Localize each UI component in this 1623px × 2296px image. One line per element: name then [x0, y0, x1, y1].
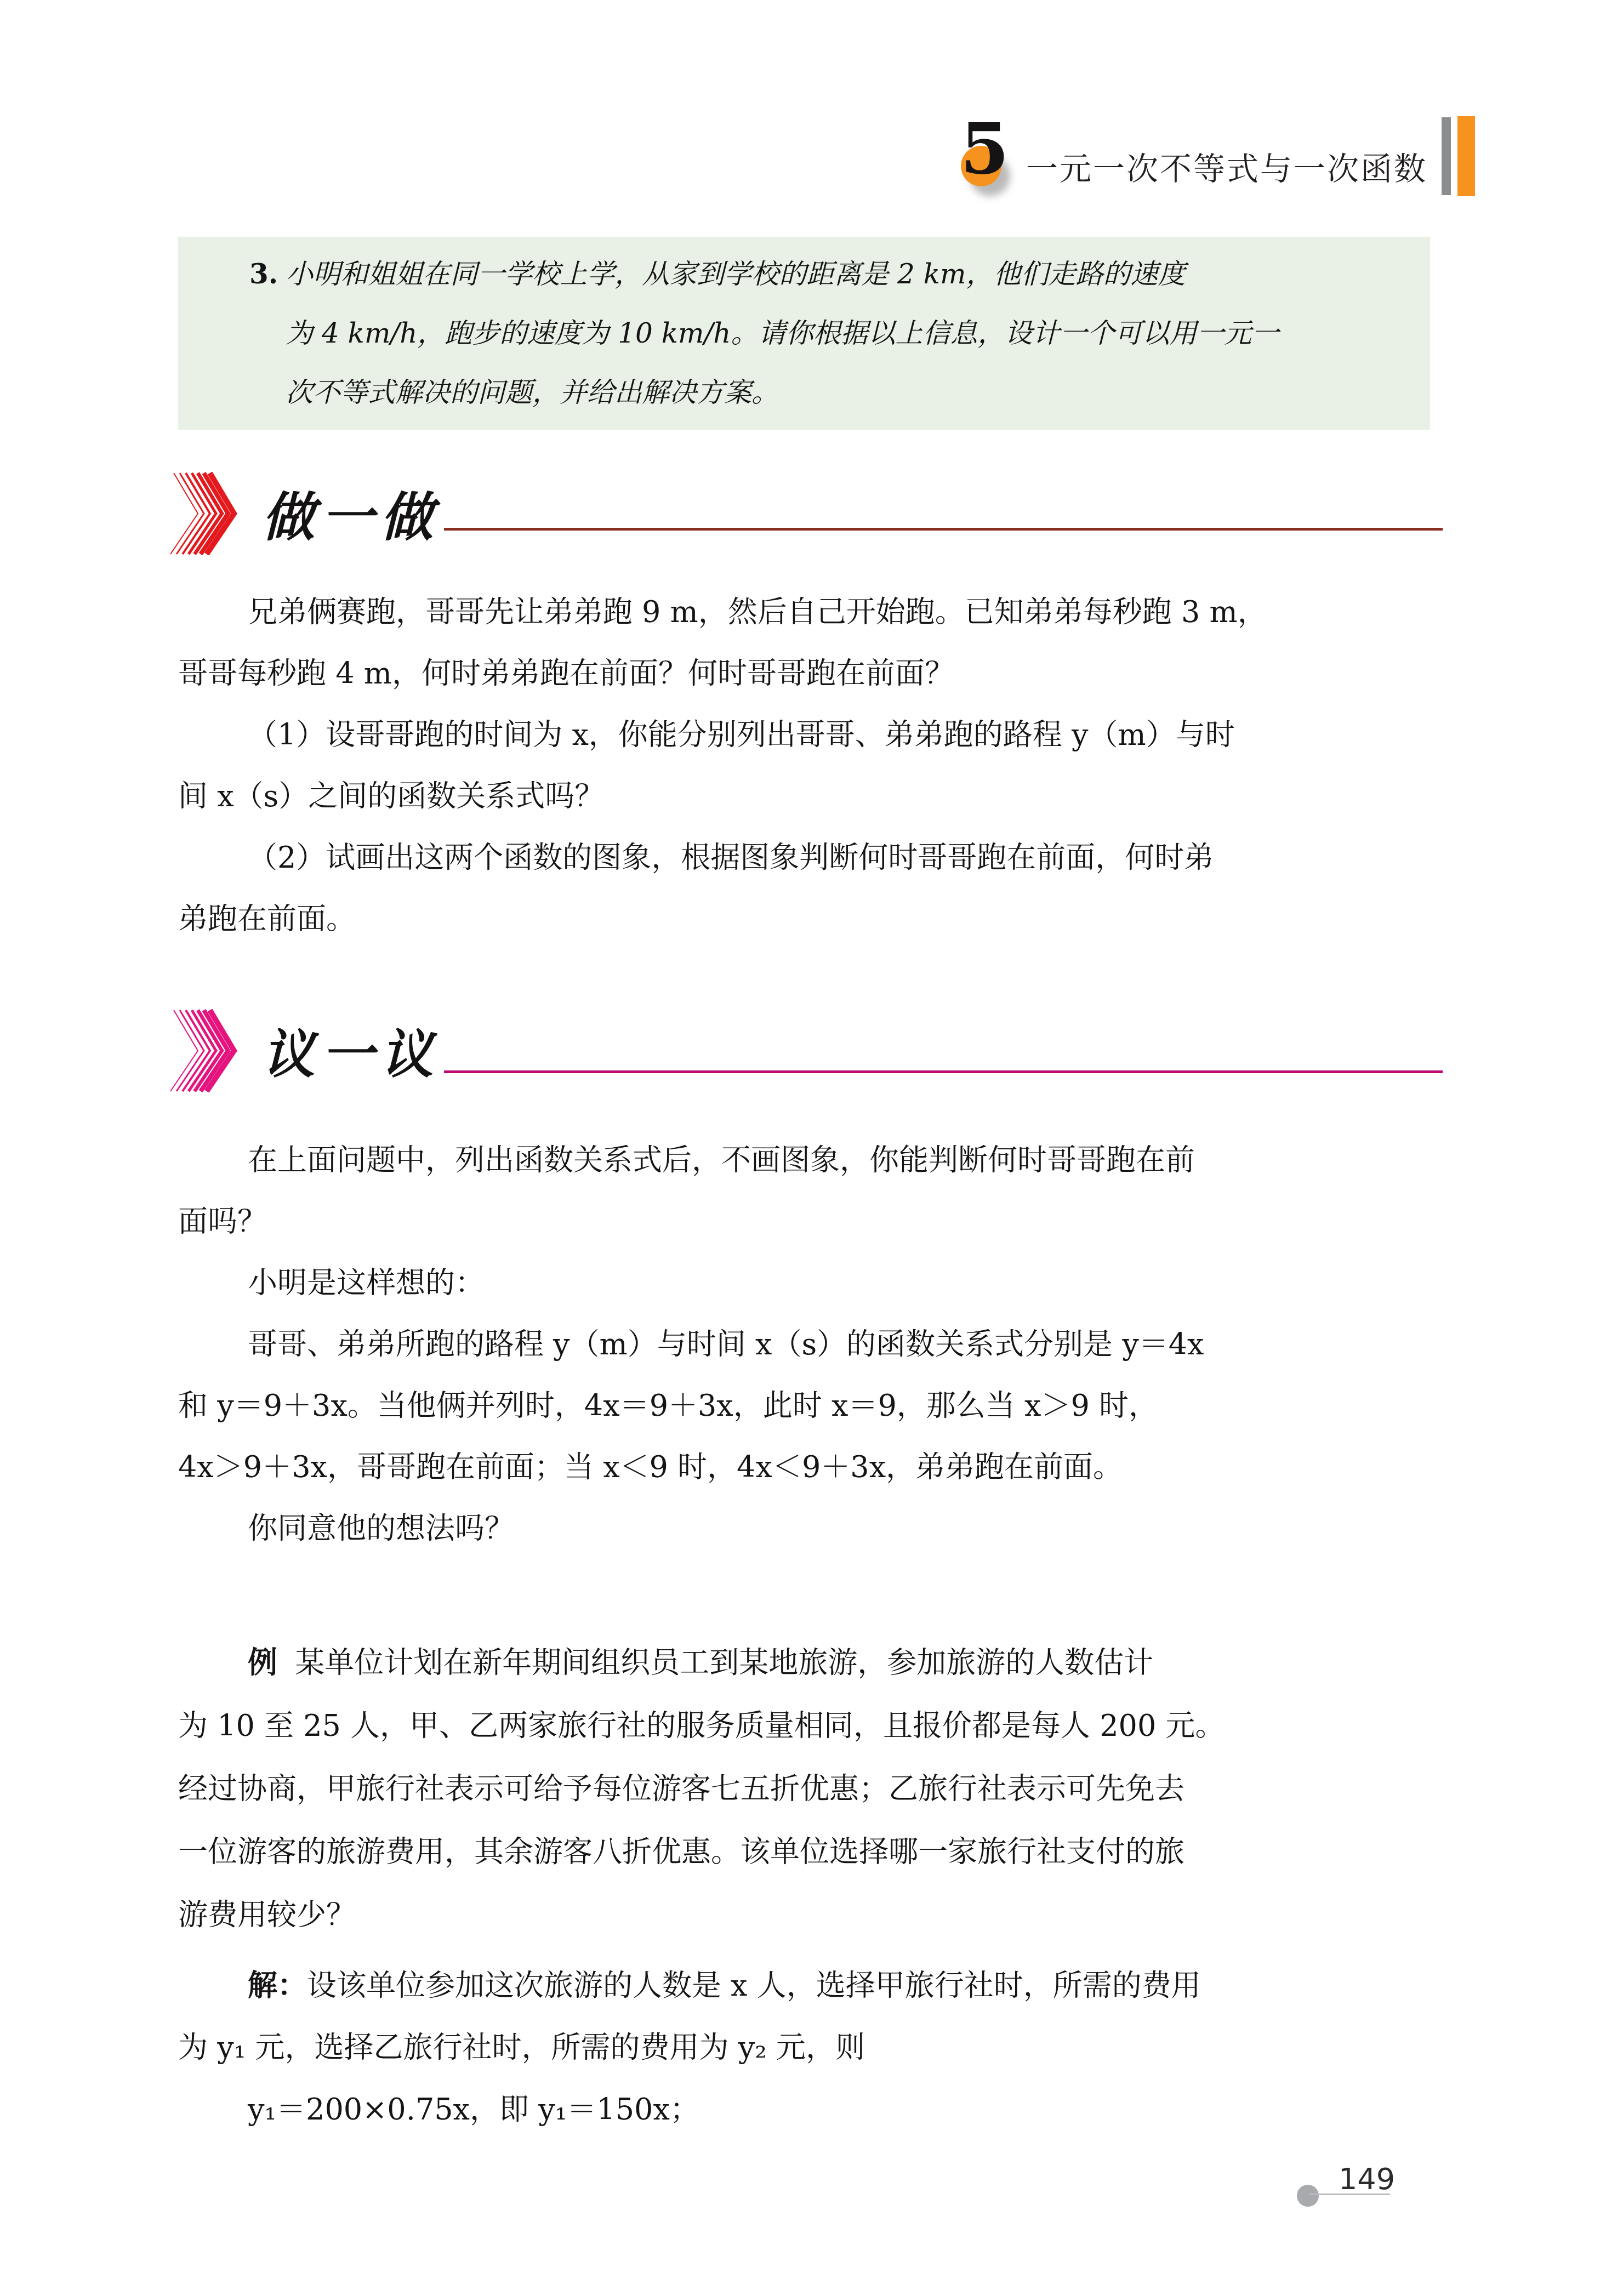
text-line: 间 x（s）之间的函数关系式吗？ — [178, 766, 1450, 827]
section-title-do: 做一做 — [262, 486, 440, 549]
text-line: 和 y＝9＋3x。当他俩并列时，4x＝9＋3x，此时 x＝9，那么当 x＞9 时… — [178, 1375, 1450, 1437]
header-orange-bar — [1457, 116, 1475, 196]
textbook-page: 5 一元一次不等式与一次函数 3.小明和姐姐在同一学校上学，从家到学校的距离是 … — [0, 0, 1623, 2296]
text-line: 经过协商，甲旅行社表示可给予每位游客七五折优惠；乙旅行社表示可先免去 — [178, 1757, 1450, 1820]
text-line: 你同意他的想法吗？ — [178, 1498, 1450, 1559]
text-line: 兄弟俩赛跑，哥哥先让弟弟跑 9 m，然后自己开始跑。已知弟弟每秒跑 3 m， — [178, 582, 1450, 643]
text-line: （1）设哥哥跑的时间为 x，你能分别列出哥哥、弟弟跑的路程 y（m）与时 — [178, 704, 1450, 766]
section-title-discuss: 议一议 — [262, 1023, 440, 1086]
do-section-body: 兄弟俩赛跑，哥哥先让弟弟跑 9 m，然后自己开始跑。已知弟弟每秒跑 3 m， 哥… — [178, 582, 1450, 950]
example-first-line: 某单位计划在新年期间组织员工到某地旅游，参加旅游的人数估计 — [295, 1645, 1153, 1680]
equation-line: y₁＝200×0.75x，即 y₁＝150x； — [178, 2078, 1450, 2140]
discuss-chevron-icon — [166, 1009, 248, 1092]
footer-dot — [1297, 2185, 1319, 2207]
page-number: 149 — [1339, 2162, 1395, 2196]
solution-first-line: 设该单位参加这次旅游的人数是 x 人，选择甲旅行社时，所需的费用 — [307, 1968, 1201, 2003]
text-line: （2）试画出这两个函数的图象，根据图象判断何时哥哥跑在前面，何时弟 — [178, 827, 1450, 888]
solution-block: 解：设该单位参加这次旅游的人数是 x 人，选择甲旅行社时，所需的费用 为 y₁ … — [178, 1955, 1450, 2140]
do-rule — [444, 528, 1443, 531]
text-line: 在上面问题中，列出函数关系式后，不画图象，你能判断何时哥哥跑在前 — [178, 1130, 1450, 1191]
text-line: 哥哥每秒跑 4 m，何时弟弟跑在前面？何时哥哥跑在前面？ — [178, 643, 1450, 704]
discuss-section-body: 在上面问题中，列出函数关系式后，不画图象，你能判断何时哥哥跑在前 面吗？ 小明是… — [178, 1130, 1450, 1559]
exercise-text: 小明和姐姐在同一学校上学，从家到学校的距离是 2 km，他们走路的速度 — [286, 258, 1185, 290]
text-line: 为 y₁ 元，选择乙旅行社时，所需的费用为 y₂ 元，则 — [178, 2016, 1450, 2078]
text-line: 游费用较少？ — [178, 1883, 1450, 1946]
discuss-rule — [444, 1070, 1443, 1073]
text-line: 为 10 至 25 人，甲、乙两家旅行社的服务质量相同，且报价都是每人 200 … — [178, 1694, 1450, 1757]
text-line: 哥哥、弟弟所跑的路程 y（m）与时间 x（s）的函数关系式分别是 y＝4x — [178, 1314, 1450, 1375]
text-line: 3.小明和姐姐在同一学校上学，从家到学校的距离是 2 km，他们走路的速度 — [286, 244, 1425, 304]
text-line: 弟跑在前面。 — [178, 888, 1450, 950]
text-line: 4x＞9＋3x，哥哥跑在前面；当 x＜9 时，4x＜9＋3x，弟弟跑在前面。 — [178, 1437, 1450, 1498]
chapter-title: 一元一次不等式与一次函数 — [1026, 150, 1427, 189]
text-line: 例某单位计划在新年期间组织员工到某地旅游，参加旅游的人数估计 — [178, 1631, 1450, 1694]
header-gray-bar — [1442, 117, 1451, 195]
exercise-box-body: 3.小明和姐姐在同一学校上学，从家到学校的距离是 2 km，他们走路的速度 为 … — [178, 237, 1430, 422]
text-line: 次不等式解决的问题，并给出解决方案。 — [286, 363, 1425, 422]
exercise-number: 3. — [249, 258, 278, 290]
do-chevron-icon — [166, 472, 248, 555]
text-line: 小明是这样想的： — [178, 1252, 1450, 1314]
text-line: 解：设该单位参加这次旅游的人数是 x 人，选择甲旅行社时，所需的费用 — [178, 1955, 1450, 2016]
text-line: 一位游客的旅游费用，其余游客八折优惠。该单位选择哪一家旅行社支付的旅 — [178, 1820, 1450, 1883]
chapter-number: 5 — [960, 114, 1004, 184]
solution-label: 解： — [248, 1968, 307, 2003]
example-label: 例 — [248, 1645, 277, 1680]
text-line: 面吗？ — [178, 1191, 1450, 1252]
exercise-box: 3.小明和姐姐在同一学校上学，从家到学校的距离是 2 km，他们走路的速度 为 … — [178, 237, 1430, 430]
example-block: 例某单位计划在新年期间组织员工到某地旅游，参加旅游的人数估计 为 10 至 25… — [178, 1631, 1450, 1946]
text-line: 为 4 km/h，跑步的速度为 10 km/h。请你根据以上信息，设计一个可以用… — [286, 304, 1425, 363]
